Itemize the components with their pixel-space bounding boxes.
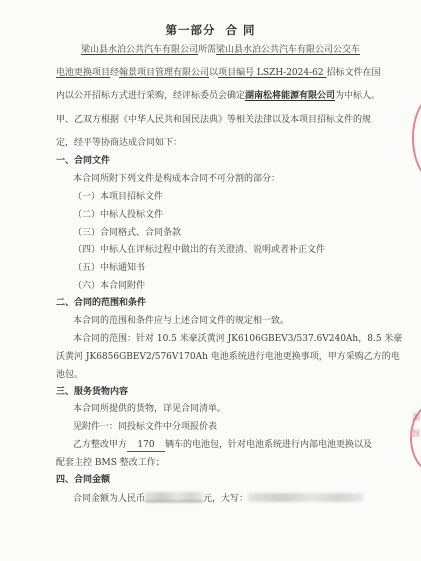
text: 以 bbox=[209, 68, 218, 78]
intro-line-1: 梁山县水泊公共汽车有限公司所需梁山县水泊公共汽车有限公司公交车 bbox=[81, 44, 360, 56]
section-3-p1: 本合同所提供的货物，详见合同清单。 bbox=[73, 403, 226, 415]
section-1-lead: 本合同所附下列文件是构成本合同不可分割的部分： bbox=[73, 173, 280, 185]
section-2-p1: 本合同的范围和条件应与上述合同文件的规定相一致。 bbox=[73, 315, 289, 327]
agency-name: 翰景项目管理有限公司 bbox=[119, 68, 209, 78]
section-2-p2-line2: 沃黄河 JK6856GBEV2/576V170Ah 电池系统进行电池更换事项，甲… bbox=[56, 351, 400, 363]
text: 所需 bbox=[198, 45, 216, 55]
intro-line-4: 甲、乙双方根据《中华人民共和国民法典》等相关法律以及本项目招标文件的规 bbox=[56, 114, 371, 126]
list-item: （六）本合同附件 bbox=[73, 280, 145, 292]
seal-char: 源 bbox=[412, 428, 420, 439]
project-name: 梁山县水泊公共汽车有限公司公交车 bbox=[216, 45, 360, 55]
intro-line-2: 电池更换项目经翰景项目管理有限公司以项目编号 LSZH-2024-62 招标文件… bbox=[56, 67, 380, 79]
section-2-heading: 二、合同的范围和条件 bbox=[56, 297, 146, 309]
redacted-amount-number bbox=[145, 492, 203, 502]
buyer-name: 梁山县水泊公共汽车有限公司 bbox=[81, 45, 198, 55]
section-1-heading: 一、合同文件 bbox=[56, 155, 110, 167]
section-2-p2-line1: 本合同的范围：针对 10.5 米豪沃黄河 JK6106GBEV3/537.6V2… bbox=[73, 333, 402, 345]
redacted-amount-words bbox=[248, 493, 363, 502]
section-4-p1: 合同金额为人民币元，大写： bbox=[73, 492, 363, 505]
list-item: （五）中标通知书 bbox=[73, 262, 145, 274]
section-3-p2: 见附件一：同投标文件中分项报价表 bbox=[73, 421, 217, 433]
text: 乙方整改甲方 bbox=[73, 440, 127, 450]
title-part: 第一部分 bbox=[165, 23, 215, 37]
text: 为中标人。 bbox=[335, 91, 380, 101]
intro-line-5: 定，经平等协商达成合同如下： bbox=[56, 137, 182, 149]
title-contract: 合 同 bbox=[225, 23, 255, 37]
section-4-heading: 四、合同金额 bbox=[56, 474, 110, 486]
section-3-p3-line2: 配套主控 BMS 整改工作； bbox=[56, 457, 165, 469]
text: 合同金额为人民币 bbox=[73, 494, 145, 504]
seal-stamp-top bbox=[412, 96, 421, 180]
intro-line-3: 内以公开招标方式进行采购，经评标委员会确定湖南松将能源有限公司为中标人。 bbox=[56, 90, 380, 102]
winner-name: 湖南松将能源有限公司 bbox=[245, 91, 335, 101]
text: 内以公开招标方式进行采购，经评标委员会确定 bbox=[56, 91, 245, 101]
text: 辆车的电池包，针对电池系统进行内部电池更换以及 bbox=[165, 440, 372, 450]
section-3-heading: 三、服务货物内容 bbox=[56, 386, 128, 398]
vehicle-count: 170 bbox=[127, 439, 165, 452]
list-item: （四）中标人在评标过程中做出的有关澄清、说明或者补正文件 bbox=[73, 244, 325, 256]
list-item: （一）本项目招标文件 bbox=[73, 191, 163, 203]
seal-char: 湖 bbox=[412, 412, 420, 423]
project-name-cont: 电池更换项目 bbox=[56, 68, 110, 78]
list-item: （二）中标人投标文件 bbox=[73, 209, 163, 221]
section-2-p2-line3: 池包。 bbox=[56, 369, 83, 381]
text: 招标文件在国 bbox=[326, 68, 380, 78]
list-item: （三）合同格式、合同条款 bbox=[73, 227, 181, 239]
contract-page: 第一部分合 同 梁山县水泊公共汽车有限公司所需梁山县水泊公共汽车有限公司公交车 … bbox=[0, 0, 421, 561]
section-3-p3-line1: 乙方整改甲方170辆车的电池包，针对电池系统进行内部电池更换以及 bbox=[73, 439, 372, 452]
page-title: 第一部分合 同 bbox=[0, 22, 421, 38]
project-code: 项目编号 LSZH-2024-62 bbox=[218, 68, 326, 78]
text: 经 bbox=[110, 68, 119, 78]
text: 元，大写： bbox=[203, 494, 248, 504]
